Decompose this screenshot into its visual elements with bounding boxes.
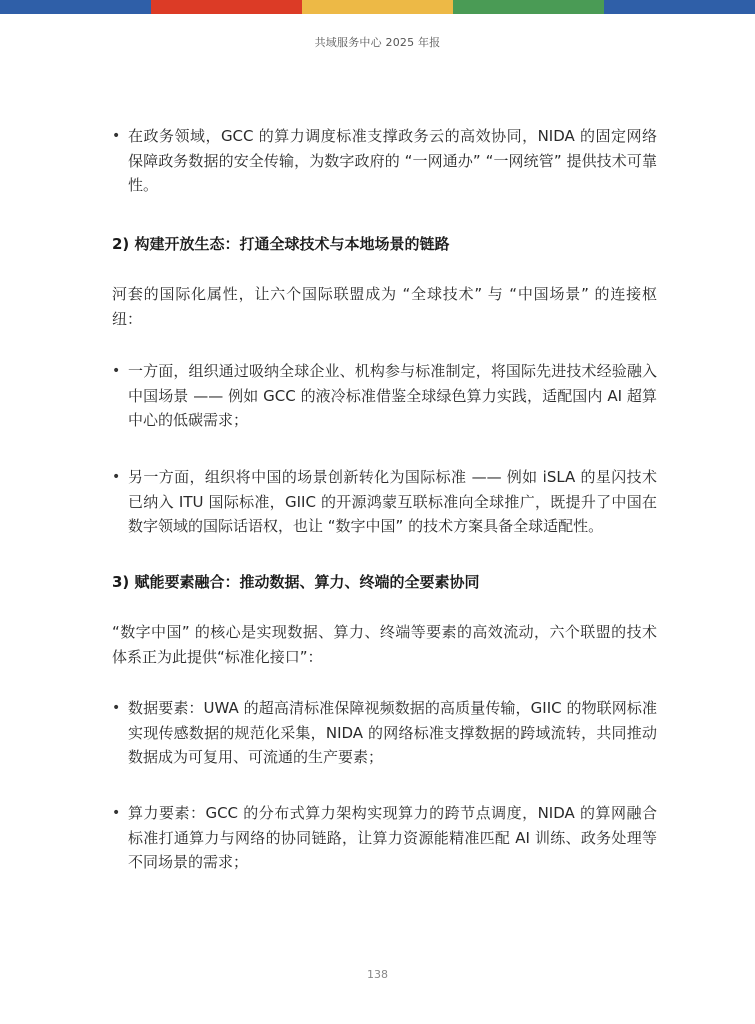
color-bar-segment-yellow [302,0,453,14]
color-bar-segment-blue [0,0,151,14]
bullet-compute-element: • 算力要素：GCC 的分布式算力架构实现算力的跨节点调度，NIDA 的算网融合… [112,801,657,875]
bullet-icon: • [112,465,122,490]
bullet-text: 一方面，组织通过吸纳全球企业、机构参与标准制定，将国际先进技术经验融入中国场景 … [128,359,657,433]
section-heading-3: 3) 赋能要素融合：推动数据、算力、终端的全要素协同 [112,570,480,594]
bullet-text: 另一方面，组织将中国的场景创新转化为国际标准 —— 例如 iSLA 的星闪技术已… [128,465,657,539]
bullet-government: • 在政务领域，GCC 的算力调度标准支撑政务云的高效协同，NIDA 的固定网络… [112,124,657,198]
bullet-one-hand: • 一方面，组织通过吸纳全球企业、机构参与标准制定，将国际先进技术经验融入中国场… [112,359,657,433]
bullet-icon: • [112,124,122,149]
bullet-text: 在政务领域，GCC 的算力调度标准支撑政务云的高效协同，NIDA 的固定网络保障… [128,124,657,198]
running-header: 共域服务中心 2025 年报 [0,34,755,50]
section-heading-2: 2) 构建开放生态：打通全球技术与本地场景的链路 [112,232,450,256]
top-color-bar [0,0,755,14]
bullet-data-element: • 数据要素：UWA 的超高清标准保障视频数据的高质量传输，GIIC 的物联网标… [112,696,657,770]
color-bar-segment-red [151,0,302,14]
bullet-icon: • [112,359,122,384]
page-number: 138 [0,968,755,981]
bullet-text: 算力要素：GCC 的分布式算力架构实现算力的跨节点调度，NIDA 的算网融合标准… [128,801,657,875]
bullet-icon: • [112,696,122,721]
color-bar-segment-blue-2 [604,0,755,14]
color-bar-segment-green [453,0,604,14]
bullet-icon: • [112,801,122,826]
bullet-text: 数据要素：UWA 的超高清标准保障视频数据的高质量传输，GIIC 的物联网标准实… [128,696,657,770]
paragraph-intro-3: “数字中国” 的核心是实现数据、算力、终端等要素的高效流动，六个联盟的技术体系正… [112,620,657,669]
bullet-other-hand: • 另一方面，组织将中国的场景创新转化为国际标准 —— 例如 iSLA 的星闪技… [112,465,657,539]
paragraph-intro-2: 河套的国际化属性，让六个国际联盟成为 “全球技术” 与 “中国场景” 的连接枢纽… [112,282,657,331]
